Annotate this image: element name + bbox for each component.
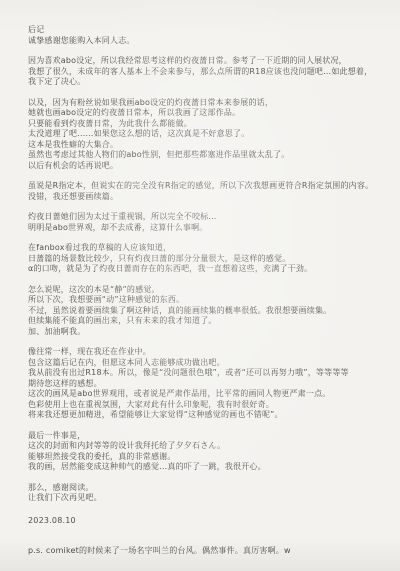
text-line: 所以下次，我想要画“动”这种感觉的东西。: [28, 295, 394, 306]
paragraph: 怎么说呢，这次的本是“静”的感觉。 所以下次，我想要画“动”这种感觉的东西。 不…: [28, 285, 394, 338]
paragraph: 最后一件事是， 这次的封面和内封等等的设计我拜托给了夕夕石さん。 能够坦然接受我…: [28, 431, 394, 473]
scanned-page: 后记 诚挚感谢您能购入本同人志。 因为喜欢abo设定，所以我经常思考这样的灼夜蔷…: [0, 0, 400, 571]
text-line: 我想了很久，未成年的客人基本上不会来参与，那么点所谓的R18应该也没问题吧…如此…: [28, 67, 394, 78]
text-line: 色彩使用上也在重视氛围，大家对此有什么印象呢，我有时很好奇。: [28, 400, 394, 411]
text-line: 将来我还想更加精进，希望能够让大家觉得“这种感觉的画也不错呢”。: [28, 410, 394, 421]
text-line: 没错，我还想要画续篇。: [28, 192, 394, 203]
paragraph: 在fanbox看过我的草稿的人应该知道， 日蔷篇的场景数比较少，只有灼夜日蔷的部…: [28, 243, 394, 275]
text-line: 以及，因为有粉丝说如果我画abo设定的灼夜蔷日常本来参展的话，: [28, 98, 394, 109]
text-line: 这次的画风是abo世界观用，或者说是严肃作品用，比平常的画同人物更严肃一点。: [28, 389, 394, 400]
text-line: 不过，虽然说着要画续集了啊这种话，真的能画续集的概率很低。我很想要画续集。: [28, 306, 394, 317]
text-line: 以后有机会的话再说吧。: [28, 161, 394, 172]
text-line: 只要能看到灼夜蔷日常，为此我什么都能做。: [28, 119, 394, 130]
paragraph: 后记 诚挚感谢您能购入本同人志。: [28, 25, 394, 46]
text-line: 加、加油啊我。: [28, 327, 394, 338]
text-line: 这本是我性癖的大集合。: [28, 140, 394, 151]
text-line: 她就也画abo设定的灼夜蔷日常本，所以我画了这部作品。: [28, 108, 394, 119]
text-line: 那么，感谢阅读。: [28, 483, 394, 494]
text-line: α的口吻，就是为了灼夜日蔷而存在的东西吧，我一直想着这些，充满了干劲。: [28, 264, 394, 275]
text-line: 我从前没有出过R18本。所以，像是“没问题很色哦”，或者“还可以再努力哦”，等等…: [28, 368, 394, 379]
text-line: 怎么说呢，这次的本是“静”的感觉。: [28, 285, 394, 296]
text-line: 虽然也考虑过其他人物们的abo性别，但把那些都塞进作品里就太乱了。: [28, 150, 394, 161]
text-line: 这次的封面和内封等等的设计我拜托给了夕夕石さん。: [28, 441, 394, 452]
date-line: 2023.08.10: [28, 516, 394, 527]
text-line: 诚挚感谢您能购入本同人志。: [28, 36, 394, 47]
text-line: 日蔷篇的场景数比较少，只有灼夜日蔷的部分分量很大，是这样的感觉。: [28, 254, 394, 265]
text-line: 我下定了决心。: [28, 77, 394, 88]
text-line: 因为喜欢abo设定，所以我经常思考这样的灼夜蔷日常。参考了一下近期的同人展状况，: [28, 56, 394, 67]
text-line: 包含这篇后记在内，但愿这本同人志能够成功做出吧。: [28, 358, 394, 369]
afterword-title: 后记: [28, 25, 394, 36]
text-line: 在fanbox看过我的草稿的人应该知道，: [28, 243, 394, 254]
text-line: 明明是abo世界观，却不去成番，这算什么事啊。: [28, 223, 394, 234]
text-line: 让我们下次再见吧。: [28, 493, 394, 504]
text-line: 但续集能不能真的画出来，只有未来的我才知道了。: [28, 316, 394, 327]
paragraph: 像往常一样，现在我还在作业中。 包含这篇后记在内，但愿这本同人志能够成功做出吧。…: [28, 347, 394, 421]
text-line: 期待您这样的感想。: [28, 379, 394, 390]
text-line: 我的画，居然能变成这种帅气的感觉…真的吓了一跳，我很开心。: [28, 462, 394, 473]
date-block: 2023.08.10: [28, 516, 394, 527]
paragraph: 因为喜欢abo设定，所以我经常思考这样的灼夜蔷日常。参考了一下近期的同人展状况，…: [28, 56, 394, 88]
text-line: 灼夜日蔷她们因为太过于重视锅，所以完全不咬标…: [28, 212, 394, 223]
text-line: 像往常一样，现在我还在作业中。: [28, 347, 394, 358]
text-line: 虽说是R指定本，但说实在的完全没有R指定的感觉，所以下次我想画更符合R指定氛围的…: [28, 181, 394, 192]
paragraph: 灼夜日蔷她们因为太过于重视锅，所以完全不咬标… 明明是abo世界观，却不去成番，…: [28, 212, 394, 233]
afterword-text: 后记 诚挚感谢您能购入本同人志。 因为喜欢abo设定，所以我经常思考这样的灼夜蔷…: [28, 25, 394, 567]
paragraph: 虽说是R指定本，但说实在的完全没有R指定的感觉，所以下次我想画更符合R指定氛围的…: [28, 181, 394, 202]
text-line: 能够坦然接受我的委托，真的非常感谢。: [28, 452, 394, 463]
text-line: 太没道理了吧……如果您这么想的话，这次真是不好意思了。: [28, 129, 394, 140]
postscript-block: p.s. comiket的时候来了一场名字叫兰的台风。偶然事件。真厉害啊。w: [28, 546, 394, 557]
paragraph: 以及，因为有粉丝说如果我画abo设定的灼夜蔷日常本来参展的话， 她就也画abo设…: [28, 98, 394, 172]
postscript-line: p.s. comiket的时候来了一场名字叫兰的台风。偶然事件。真厉害啊。w: [28, 546, 394, 557]
paragraph: 那么，感谢阅读。 让我们下次再见吧。: [28, 483, 394, 504]
text-line: 最后一件事是，: [28, 431, 394, 442]
